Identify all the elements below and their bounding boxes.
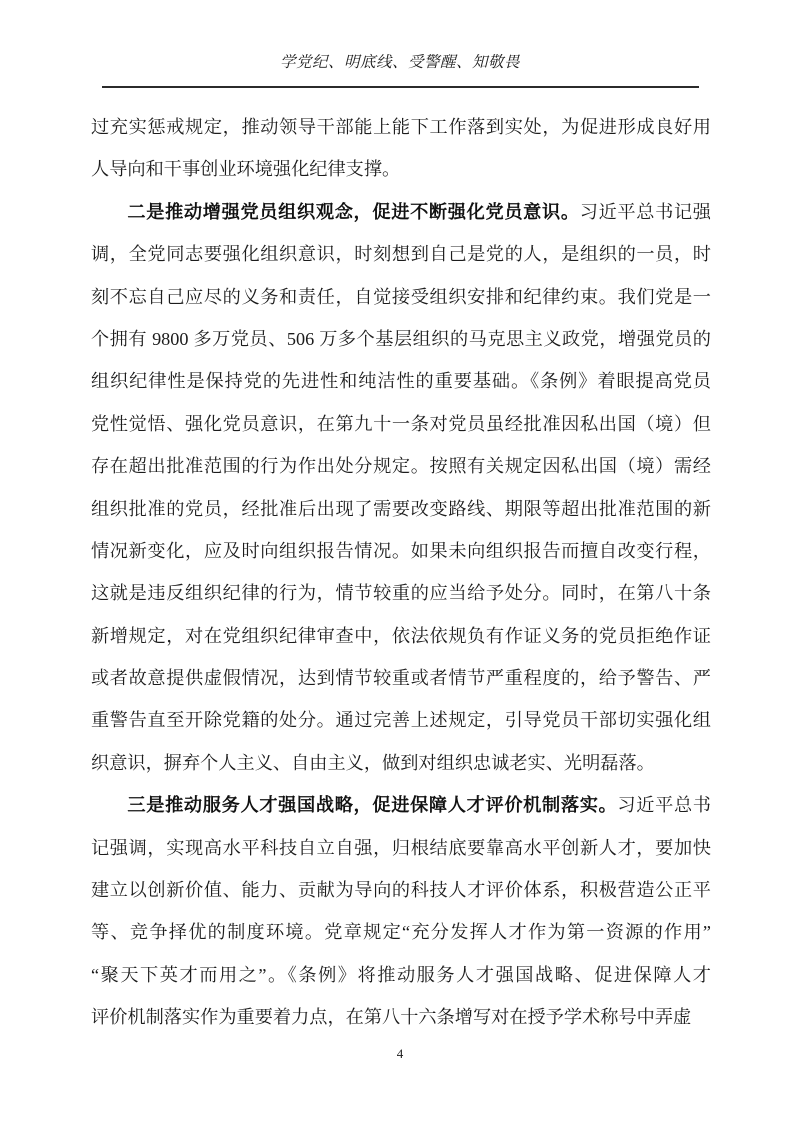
text-line: 个拥有 9800 多万党员、506 万多个基层组织的马克思主义政党，增强党员的 <box>91 318 711 360</box>
text-line: 存在超出批准范围的行为作出处分规定。按照有关规定因私出国（境）需经 <box>91 445 711 487</box>
text-line: 三是推动服务人才强国战略，促进保障人才评价机制落实。习近平总书 <box>91 784 711 826</box>
text-run: 存在超出批准范围的行为作出处分规定。按照有关规定因私出国（境）需经 <box>91 456 711 476</box>
text-line: 新增规定，对在党组织纪律审查中，依法依规负有作证义务的党员拒绝作证 <box>91 615 711 657</box>
text-run: 党性觉悟、强化党员意识，在第九十一条对党员虽经批准因私出国（境）但 <box>91 414 711 434</box>
text-run: “聚天下英才而用之”。《条例》将推动服务人才强国战略、促进保障人才 <box>91 965 711 985</box>
text-line: 调，全党同志要强化组织意识，时刻想到自己是党的人，是组织的一员，时 <box>91 233 711 275</box>
text-line: 组织批准的党员，经批准后出现了需要改变路线、期限等超出批准范围的新 <box>91 488 711 530</box>
text-line: 建立以创新价值、能力、贡献为导向的科技人才评价体系，积极营造公正平 <box>91 869 711 911</box>
text-line: 刻不忘自己应尽的义务和责任，自觉接受组织安排和纪律约束。我们党是一 <box>91 276 711 318</box>
text-run: 刻不忘自己应尽的义务和责任，自觉接受组织安排和纪律约束。我们党是一 <box>91 287 711 307</box>
header-rule <box>102 86 699 88</box>
text-line: 党性觉悟、强化党员意识，在第九十一条对党员虽经批准因私出国（境）但 <box>91 403 711 445</box>
text-run: 个拥有 9800 多万党员、506 万多个基层组织的马克思主义政党，增强党员的 <box>91 329 711 349</box>
header-title: 学党纪、明底线、受警醒、知敬畏 <box>0 52 800 74</box>
text-run: 习近平总书记强 <box>580 202 711 222</box>
text-run: 过充实惩戒规定，推动领导干部能上能下工作落到实处，为促进形成良好用 <box>91 117 711 137</box>
text-line: 组织纪律性是保持党的先进性和纯洁性的重要基础。《条例》着眼提高党员 <box>91 360 711 402</box>
text-run: 建立以创新价值、能力、贡献为导向的科技人才评价体系，积极营造公正平 <box>91 880 711 900</box>
text-run: 组织批准的党员，经批准后出现了需要改变路线、期限等超出批准范围的新 <box>91 499 711 519</box>
text-run: 记强调，实现高水平科技自立自强，归根结底要靠高水平创新人才，要加快 <box>91 838 711 858</box>
text-run: 新增规定，对在党组织纪律审查中，依法依规负有作证义务的党员拒绝作证 <box>91 626 711 646</box>
text-run: 或者故意提供虚假情况，达到情节较重或者情节严重程度的，给予警告、严 <box>91 668 711 688</box>
text-run: 织意识，摒弃个人主义、自由主义，做到对组织忠诚老实、光明磊落。 <box>91 753 655 773</box>
text-line: “聚天下英才而用之”。《条例》将推动服务人才强国战略、促进保障人才 <box>91 954 711 996</box>
text-line: 记强调，实现高水平科技自立自强，归根结底要靠高水平创新人才，要加快 <box>91 827 711 869</box>
text-line: 等、竞争择优的制度环境。党章规定“充分发挥人才作为第一资源的作用” <box>91 911 711 953</box>
text-run: 情况新变化，应及时向组织报告情况。如果未向组织报告而擅自改变行程， <box>91 541 711 561</box>
text-line: 这就是违反组织纪律的行为，情节较重的应当给予处分。同时，在第八十条 <box>91 572 711 614</box>
page-footer: 4 <box>0 1046 800 1062</box>
text-run: 习近平总书 <box>617 795 711 815</box>
text-line: 评价机制落实作为重要着力点，在第八十六条增写对在授予学术称号中弄虚 <box>91 996 711 1038</box>
text-line: 人导向和干事创业环境强化纪律支撑。 <box>91 148 711 190</box>
text-line: 重警告直至开除党籍的处分。通过完善上述规定，引导党员干部切实强化组 <box>91 699 711 741</box>
text-run: 人导向和干事创业环境强化纪律支撑。 <box>91 159 400 179</box>
text-line: 或者故意提供虚假情况，达到情节较重或者情节严重程度的，给予警告、严 <box>91 657 711 699</box>
document-page: 学党纪、明底线、受警醒、知敬畏 过充实惩戒规定，推动领导干部能上能下工作落到实处… <box>0 0 800 1131</box>
text-run: 重警告直至开除党籍的处分。通过完善上述规定，引导党员干部切实强化组 <box>91 710 711 730</box>
bold-heading-run: 二是推动增强党员组织观念，促进不断强化党员意识。 <box>127 202 579 222</box>
text-run: 评价机制落实作为重要着力点，在第八十六条增写对在授予学术称号中弄虚 <box>91 1007 691 1027</box>
text-run: 等、竞争择优的制度环境。党章规定“充分发挥人才作为第一资源的作用” <box>91 922 711 942</box>
text-line: 织意识，摒弃个人主义、自由主义，做到对组织忠诚老实、光明磊落。 <box>91 742 711 784</box>
text-run: 调，全党同志要强化组织意识，时刻想到自己是党的人，是组织的一员，时 <box>91 244 711 264</box>
text-run: 组织纪律性是保持党的先进性和纯洁性的重要基础。《条例》着眼提高党员 <box>91 371 711 391</box>
text-run: 这就是违反组织纪律的行为，情节较重的应当给予处分。同时，在第八十条 <box>91 583 711 603</box>
bold-heading-run: 三是推动服务人才强国战略，促进保障人才评价机制落实。 <box>127 795 617 815</box>
text-line: 情况新变化，应及时向组织报告情况。如果未向组织报告而擅自改变行程， <box>91 530 711 572</box>
page-number: 4 <box>397 1046 404 1061</box>
text-line: 二是推动增强党员组织观念，促进不断强化党员意识。习近平总书记强 <box>91 191 711 233</box>
body-text: 过充实惩戒规定，推动领导干部能上能下工作落到实处，为促进形成良好用人导向和干事创… <box>91 106 711 1039</box>
text-line: 过充实惩戒规定，推动领导干部能上能下工作落到实处，为促进形成良好用 <box>91 106 711 148</box>
